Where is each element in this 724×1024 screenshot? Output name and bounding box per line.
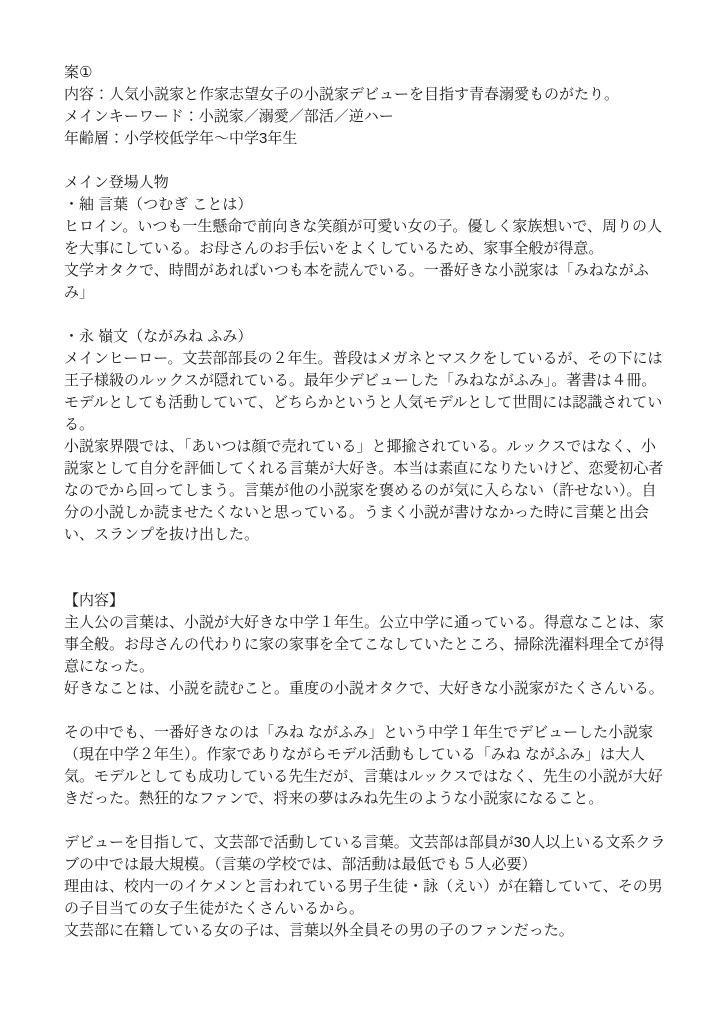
story-overview-paragraph: 【内容】主人公の言葉は、小説が大好きな中学１年生。公立中学に通っている。得意なこ… xyxy=(64,590,666,700)
heroine-profile-paragraph: メイン登場人物・紬 言葉（つむぎ ことは）ヒロイン。いつも一生懸命で前向きな笑顔… xyxy=(64,172,666,304)
text-line: 文学オタクで、時間があればいつも本を読んでいる。一番好きな小説家は「みねながふ xyxy=(64,260,666,282)
text-line: 年齢層：小学校低学年〜中学3年生 xyxy=(64,128,666,150)
text-line: モデルとしても活動していて、どちらかというと人気モデルとして世間には認識されてい xyxy=(64,392,666,414)
text-line: （現在中学２年生）。作家でありながらモデル活動もしている「みね ながふみ」は大人 xyxy=(64,744,666,766)
text-line: 気。モデルとしても成功している先生だが、言葉はルックスではなく、先生の小説が大好 xyxy=(64,766,666,788)
text-line: デビューを目指して、文芸部で活動している言葉。文芸部は部員が30人以上いる文系ク… xyxy=(64,832,666,854)
text-line: ・紬 言葉（つむぎ ことは） xyxy=(64,194,666,216)
text-line: 分の小説しか読ませたくないと思っている。うまく小説が書けなかった時に言葉と出会 xyxy=(64,502,666,524)
text-line: 案① xyxy=(64,62,666,84)
hero-profile-paragraph: ・永 嶺文（ながみね ふみ）メインヒーロー。文芸部部長の２年生。普段はメガネとマ… xyxy=(64,326,666,546)
text-line: 事全般。お母さんの代わりに家の家事を全てこなしていたところ、掃除洗濯料理全てが得 xyxy=(64,634,666,656)
text-line: ・永 嶺文（ながみね ふみ） xyxy=(64,326,666,348)
document-page: 案①内容：人気小説家と作家志望女子の小説家デビューを目指す青春溺愛ものがたり。メ… xyxy=(0,0,724,1024)
text-line: メイン登場人物 xyxy=(64,172,666,194)
text-line: メインキーワード：小説家／溺愛／部活／逆ハー xyxy=(64,106,666,128)
text-line: る。 xyxy=(64,414,666,436)
text-line: 主人公の言葉は、小説が大好きな中学１年生。公立中学に通っている。得意なことは、家 xyxy=(64,612,666,634)
favorite-author-paragraph: その中でも、一番好きなのは「みね ながふみ」という中学１年生でデビューした小説家… xyxy=(64,722,666,810)
plan-summary-paragraph: 案①内容：人気小説家と作家志望女子の小説家デビューを目指す青春溺愛ものがたり。メ… xyxy=(64,62,666,150)
text-line: 文芸部に在籍している女の子は、言葉以外全員その男の子のファンだった。 xyxy=(64,920,666,942)
text-line: み」 xyxy=(64,282,666,304)
text-line: メインヒーロー。文芸部部長の２年生。普段はメガネとマスクをしているが、その下には xyxy=(64,348,666,370)
text-line: 内容：人気小説家と作家志望女子の小説家デビューを目指す青春溺愛ものがたり。 xyxy=(64,84,666,106)
text-line: 理由は、校内一のイケメンと言われている男子生徒・詠（えい）が在籍していて、その男 xyxy=(64,876,666,898)
text-line: 小説家界隈では、「あいつは顔で売れている」と揶揄されている。ルックスではなく、小 xyxy=(64,436,666,458)
text-line: 好きなことは、小説を読むこと。重度の小説オタクで、大好きな小説家がたくさんいる。 xyxy=(64,678,666,700)
text-line: きだった。熱狂的なファンで、将来の夢はみね先生のような小説家になること。 xyxy=(64,788,666,810)
text-line: ブの中では最大規模。（言葉の学校では、部活動は最低でも５人必要） xyxy=(64,854,666,876)
text-line: 意になった。 xyxy=(64,656,666,678)
text-line: ヒロイン。いつも一生懸命で前向きな笑顔が可愛い女の子。優しく家族想いで、周りの人 xyxy=(64,216,666,238)
literature-club-paragraph: デビューを目指して、文芸部で活動している言葉。文芸部は部員が30人以上いる文系ク… xyxy=(64,832,666,942)
text-line: 王子様級のルックスが隠れている。最年少デビューした「みねながふみ」。著書は４冊。 xyxy=(64,370,666,392)
text-line: 説家として自分を評価してくれる言葉が大好き。本当は素直になりたいけど、恋愛初心者 xyxy=(64,458,666,480)
text-line: の子目当ての女子生徒がたくさんいるから。 xyxy=(64,898,666,920)
text-line: 【内容】 xyxy=(64,590,666,612)
text-line: なのでから回ってしまう。言葉が他の小説家を褒めるのが気に入らない（許せない）。自 xyxy=(64,480,666,502)
text-line: を大事にしている。お母さんのお手伝いをよくしているため、家事全般が得意。 xyxy=(64,238,666,260)
text-line: その中でも、一番好きなのは「みね ながふみ」という中学１年生でデビューした小説家 xyxy=(64,722,666,744)
text-line: い、スランプを抜け出した。 xyxy=(64,524,666,546)
